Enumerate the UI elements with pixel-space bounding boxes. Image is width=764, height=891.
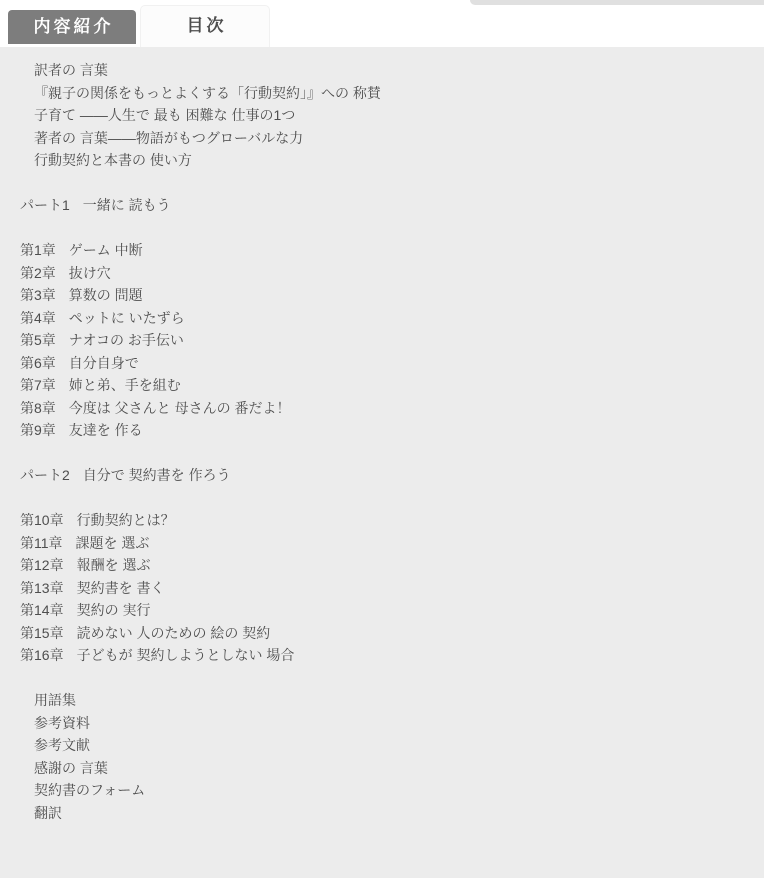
toc-line: 翻訳 [20, 802, 744, 825]
tab-mokuji[interactable]: 目次 [140, 5, 270, 47]
toc-line: 第11章課題を 選ぶ [20, 532, 744, 555]
chapter-title: 契約の 実行 [77, 602, 151, 618]
chapter-label: 第14章 [20, 602, 64, 618]
chapter-label: 第16章 [20, 647, 64, 663]
chapter-label: 第7章 [20, 377, 56, 393]
chapter-title: 友達を 作る [69, 422, 143, 438]
toc-part2-heading: パート2自分で 契約書を 作ろう [20, 464, 744, 487]
cropped-element-top-right [470, 0, 764, 5]
toc-line: 契約書のフォーム [20, 779, 744, 802]
tab-naiyo-shokai[interactable]: 内容紹介 [8, 10, 136, 44]
chapter-title: ゲーム 中断 [69, 242, 143, 258]
chapter-title: 姉と弟、手を組む [69, 377, 181, 393]
toc-line: 子育て ――人生で 最も 困難な 仕事の1つ [20, 104, 744, 127]
part-heading: パート1一緒に 読もう [20, 194, 744, 217]
toc-line: 参考文献 [20, 734, 744, 757]
chapter-title: 算数の 問題 [69, 287, 143, 303]
chapter-label: 第5章 [20, 332, 56, 348]
chapter-label: 第3章 [20, 287, 56, 303]
toc-part1-heading: パート1一緒に 読もう [20, 194, 744, 217]
toc-line: 第5章ナオコの お手伝い [20, 329, 744, 352]
chapter-title: 今度は 父さんと 母さんの 番だよ！ [69, 400, 291, 416]
chapter-title: 抜け穴 [69, 265, 111, 281]
toc-line: 第9章友達を 作る [20, 419, 744, 442]
toc-line: 第7章姉と弟、手を組む [20, 374, 744, 397]
toc-panel: 訳者の 言葉 『親子の関係をもっとよくする「行動契約」』への 称賛 子育て ――… [0, 47, 764, 878]
toc-line: 著者の 言葉――物語がもつグローバルな力 [20, 127, 744, 150]
toc-back-matter: 用語集 参考資料 参考文献 感謝の 言葉 契約書のフォーム 翻訳 [20, 689, 744, 824]
part-label: パート1 [20, 197, 70, 213]
toc-part1-chapters: 第1章ゲーム 中断 第2章抜け穴 第3章算数の 問題 第4章ペットに いたずら … [20, 239, 744, 442]
chapter-title: 行動契約とは？ [77, 512, 175, 528]
chapter-title: 契約書を 書く [77, 580, 165, 596]
chapter-label: 第11章 [20, 535, 63, 551]
toc-line: 第2章抜け穴 [20, 262, 744, 285]
toc-line: 第3章算数の 問題 [20, 284, 744, 307]
chapter-title: ナオコの お手伝い [69, 332, 184, 348]
chapter-title: 読めない 人のための 絵の 契約 [77, 625, 271, 641]
toc-line: 第14章契約の 実行 [20, 599, 744, 622]
chapter-label: 第15章 [20, 625, 64, 641]
toc-line: 第12章報酬を 選ぶ [20, 554, 744, 577]
toc-line: 第8章今度は 父さんと 母さんの 番だよ！ [20, 397, 744, 420]
part-title: 自分で 契約書を 作ろう [83, 467, 231, 483]
chapter-title: 子どもが 契約しようとしない 場合 [77, 647, 295, 663]
toc-line: 第15章読めない 人のための 絵の 契約 [20, 622, 744, 645]
chapter-label: 第13章 [20, 580, 64, 596]
toc-line: 感謝の 言葉 [20, 757, 744, 780]
chapter-label: 第2章 [20, 265, 56, 281]
chapter-title: ペットに いたずら [69, 310, 185, 326]
toc-line: 第13章契約書を 書く [20, 577, 744, 600]
toc-line: 第1章ゲーム 中断 [20, 239, 744, 262]
toc-line: 参考資料 [20, 712, 744, 735]
toc-line: 第10章行動契約とは？ [20, 509, 744, 532]
toc-line: 訳者の 言葉 [20, 59, 744, 82]
chapter-label: 第1章 [20, 242, 56, 258]
chapter-label: 第4章 [20, 310, 56, 326]
toc-front-matter: 訳者の 言葉 『親子の関係をもっとよくする「行動契約」』への 称賛 子育て ――… [20, 59, 744, 172]
chapter-title: 課題を 選ぶ [76, 535, 150, 551]
chapter-title: 自分自身で [69, 355, 139, 371]
chapter-label: 第6章 [20, 355, 56, 371]
page: 内容紹介 目次 訳者の 言葉 『親子の関係をもっとよくする「行動契約」』への 称… [0, 0, 764, 891]
toc-line: 第4章ペットに いたずら [20, 307, 744, 330]
toc-part2-chapters: 第10章行動契約とは？ 第11章課題を 選ぶ 第12章報酬を 選ぶ 第13章契約… [20, 509, 744, 667]
chapter-label: 第8章 [20, 400, 56, 416]
chapter-label: 第9章 [20, 422, 56, 438]
part-title: 一緒に 読もう [83, 197, 171, 213]
chapter-label: 第10章 [20, 512, 64, 528]
chapter-label: 第12章 [20, 557, 64, 573]
chapter-title: 報酬を 選ぶ [77, 557, 151, 573]
part-heading: パート2自分で 契約書を 作ろう [20, 464, 744, 487]
toc-line: 行動契約と本書の 使い方 [20, 149, 744, 172]
toc-line: 第6章自分自身で [20, 352, 744, 375]
toc-line: 第16章子どもが 契約しようとしない 場合 [20, 644, 744, 667]
part-label: パート2 [20, 467, 70, 483]
toc-line: 『親子の関係をもっとよくする「行動契約」』への 称賛 [20, 82, 744, 105]
toc-line: 用語集 [20, 689, 744, 712]
